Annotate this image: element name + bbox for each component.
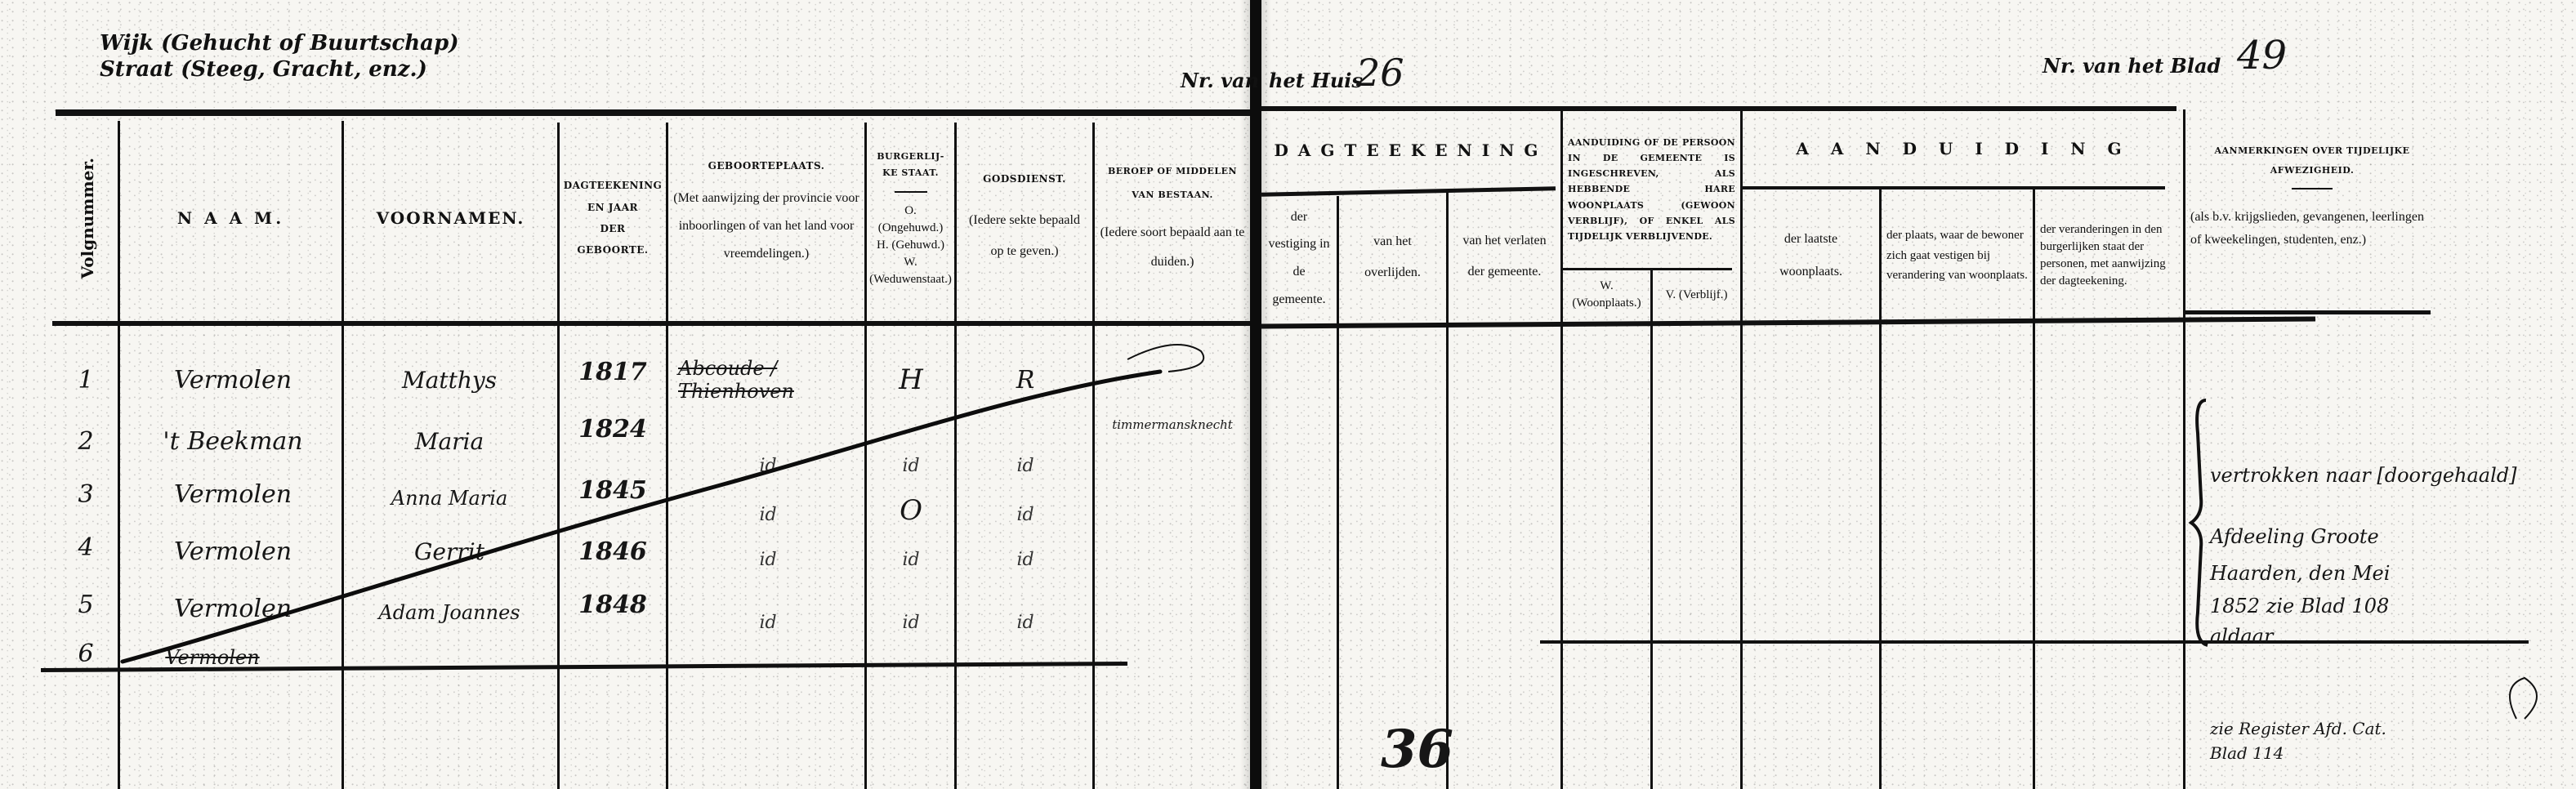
remark-line-1: vertrokken naar [doorgehaald] <box>2210 461 2517 490</box>
remark-line-5: aldaar <box>2210 622 2273 651</box>
bottom-note-line-2: Blad 114 <box>2210 743 2284 763</box>
remark-line-3: Haarden, den Mei <box>2210 559 2390 588</box>
bottom-number: 36 <box>1381 719 1453 780</box>
cancellation-stroke <box>0 0 2576 789</box>
remark-line-2: Afdeeling Groote <box>2210 523 2379 551</box>
bottom-note-line-1: zie Register Afd. Cat. <box>2210 719 2386 738</box>
remark-line-4: 1852 zie Blad 108 <box>2210 592 2389 621</box>
